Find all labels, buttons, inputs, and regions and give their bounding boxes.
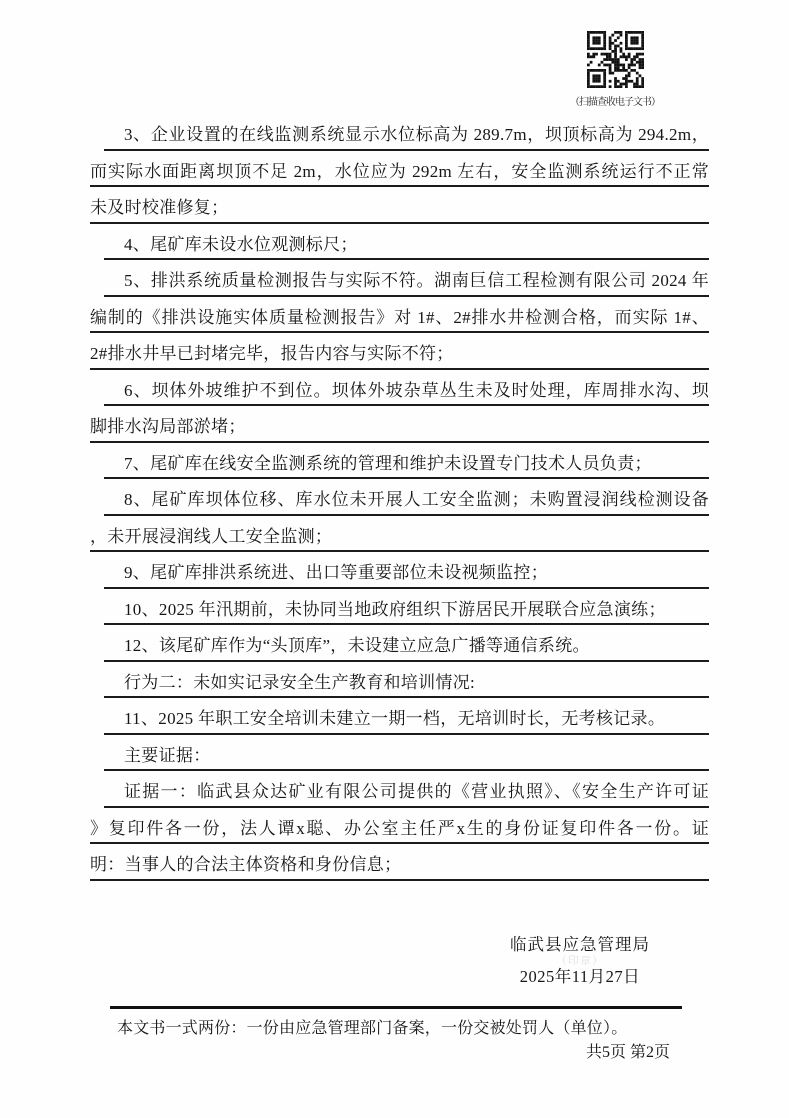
signature-date: 2025年11月27日 xyxy=(440,963,720,987)
document-line: 编制的《排洪设施实体质量检测报告》对 1#、2#排水井检测合格，而实际 1#、 xyxy=(90,297,709,334)
document-line: 5、排洪系统质量检测报告与实际不符。湖南巨信工程检测有限公司 2024 年 xyxy=(104,260,709,297)
document-line: 而实际水面距离坝顶不足 2m，水位应为 292m 左右，安全监测系统运行不正常 xyxy=(90,151,709,188)
document-page: （扫描查收电子文书） 3、企业设置的在线监测系统显示水位标高为 289.7m，坝… xyxy=(0,0,789,1118)
document-line: 明：当事人的合法主体资格和身份信息； xyxy=(90,844,709,881)
document-line: 7、尾矿库在线安全监测系统的管理和维护未设置专门技术人员负责； xyxy=(104,443,709,480)
document-line: 未及时校准修复； xyxy=(90,187,709,224)
document-line: 证据一：临武县众达矿业有限公司提供的《营业执照》、《安全生产许可证 xyxy=(104,771,709,808)
footer-divider xyxy=(110,1006,682,1009)
qr-code-icon xyxy=(587,31,644,88)
document-line: 12、该尾矿库作为“头顶库”，未设建立应急广播等通信系统。 xyxy=(104,625,709,662)
footer-note: 本文书一式两份：一份由应急管理部门备案，一份交被处罚人（单位）。 xyxy=(117,1015,627,1038)
document-line: 3、企业设置的在线监测系统显示水位标高为 289.7m，坝顶标高为 294.2m… xyxy=(104,114,709,151)
document-line: 9、尾矿库排洪系统进、出口等重要部位未设视频监控； xyxy=(104,552,709,589)
qr-caption: （扫描查收电子文书） xyxy=(565,93,665,108)
page-number: 共5页 第2页 xyxy=(470,1039,670,1062)
document-line: 11、2025 年职工安全培训未建立一期一档，无培训时长，无考核记录。 xyxy=(104,698,709,735)
document-line: 脚排水沟局部淤堵； xyxy=(90,406,709,443)
document-body: 3、企业设置的在线监测系统显示水位标高为 289.7m，坝顶标高为 294.2m… xyxy=(90,114,709,881)
document-line: 4、尾矿库未设水位观测标尺； xyxy=(104,224,709,261)
document-line: 8、尾矿库坝体位移、库水位未开展人工安全监测；未购置浸润线检测设备 xyxy=(104,479,709,516)
document-line: 6、坝体外坡维护不到位。坝体外坡杂草丛生未及时处理，库周排水沟、坝 xyxy=(104,370,709,407)
document-line: ，未开展浸润线人工安全监测； xyxy=(90,516,709,553)
document-line: 行为二：未如实记录安全生产教育和培训情况: xyxy=(104,662,709,699)
qr-block: （扫描查收电子文书） xyxy=(565,31,665,108)
document-line: 2#排水井早已封堵完毕，报告内容与实际不符； xyxy=(90,333,709,370)
document-line: 》复印件各一份，法人谭x聪、办公室主任严x生的身份证复印件各一份。证 xyxy=(90,808,709,845)
document-line: 主要证据： xyxy=(104,735,709,772)
document-line: 10、2025 年汛期前，未协同当地政府组织下游居民开展联合应急演练； xyxy=(104,589,709,626)
